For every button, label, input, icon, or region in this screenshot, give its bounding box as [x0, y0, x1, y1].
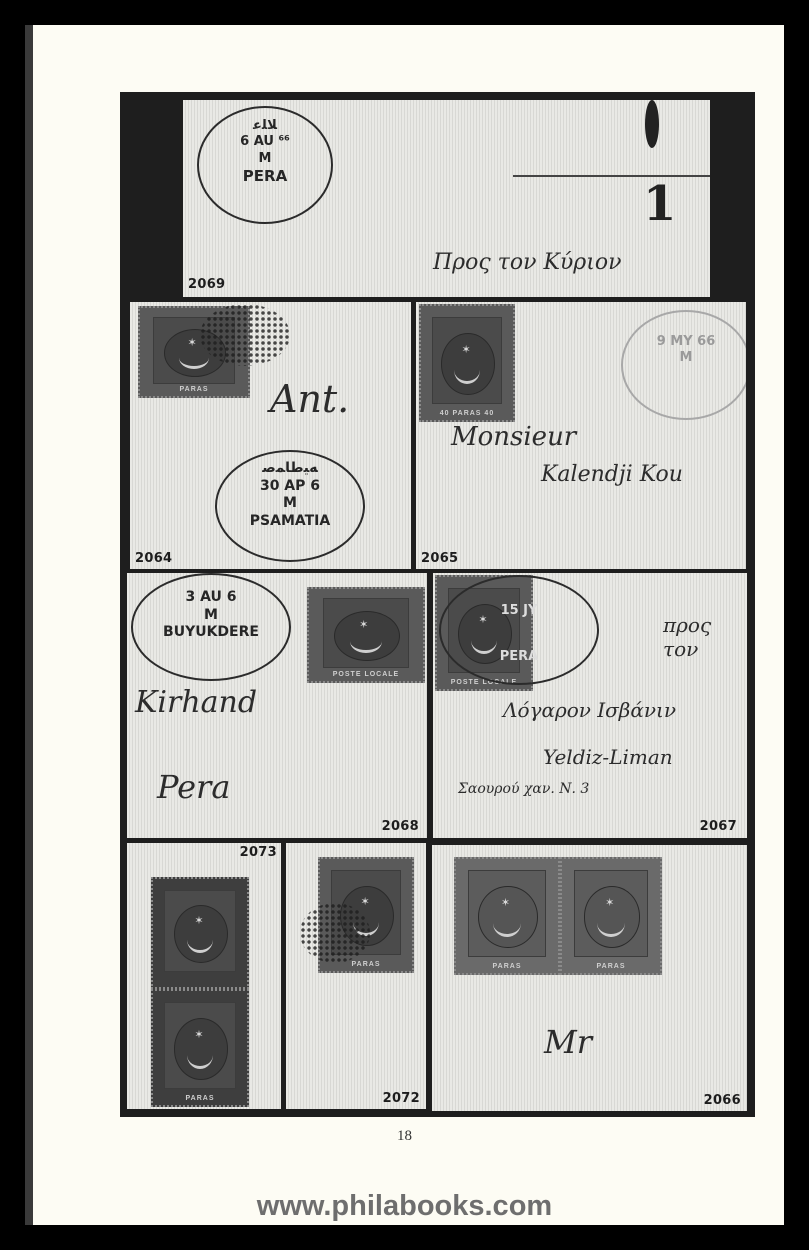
manuscript-ant: Ant.: [270, 377, 349, 421]
buyukdere-postmark: 3 AU 6 M BUYUKDERE: [131, 573, 291, 681]
address-line-2: Pera: [157, 768, 230, 806]
address-handwriting: Προς τον Κύριον: [433, 250, 621, 275]
address-line-1: Monsieur: [451, 422, 576, 452]
stamp-pair-bottom: ✶ PARAS: [151, 989, 249, 1107]
manuscript-address: Mr: [544, 1023, 592, 1061]
lot-2069-cover: ﻼﻠﻋ 6 AU ⁶⁶ M PERA 1 Προς τον Κύριον 206…: [183, 100, 710, 297]
lot-2068-cover: 3 AU 6 M BUYUKDERE ✶ POSTE LOCALE Kirhan…: [127, 573, 427, 838]
lot-number: 2066: [704, 1093, 741, 1108]
lot-number: 2064: [135, 551, 172, 566]
stamp-pair-top: ✶: [151, 877, 249, 989]
manuscript-rate-mark: [645, 100, 659, 148]
faint-postmark: 9 MY 66 M: [621, 310, 746, 420]
page-spine-shadow: [25, 25, 33, 1225]
address-line-4: Σαουρού χαν. Ν. 3: [458, 781, 589, 797]
lot-number: 2068: [382, 819, 419, 834]
dotted-cancel: [300, 903, 370, 963]
stamp-pair-left: ✶ PARAS: [454, 857, 560, 975]
stamp-pair-right: ✶ PARAS: [560, 857, 662, 975]
address-line-3: Yeldiz-Liman: [543, 745, 673, 769]
lot-number: 2069: [188, 277, 225, 292]
lot-2067-cover: ✶ POSTE LOCALE 15 JY PERA προς τον Λόγαρ…: [433, 573, 747, 838]
manuscript-numeral: 1: [643, 180, 676, 228]
address-line-1: Kirhand: [135, 685, 257, 720]
lot-2066-cover: ✶ PARAS ✶ PARAS Mr 2066: [432, 845, 747, 1111]
lot-number: 2072: [383, 1091, 420, 1106]
address-line-1: προς τον: [663, 613, 747, 661]
lot-2073-cover: ✶ ✶ PARAS 2073: [127, 843, 281, 1109]
manuscript-line: [513, 175, 710, 177]
address-line-2: Kalendji Kou: [541, 462, 683, 487]
psamatia-postmark: ﻪﻴﻃﺎﻤﺻ 30 AP 6 M PSAMATIA: [215, 450, 365, 562]
watermark-url: www.philabooks.com: [0, 1190, 809, 1223]
lot-number: 2065: [421, 551, 458, 566]
stamp-poste-locale: ✶ POSTE LOCALE: [307, 587, 425, 683]
lot-number: 2073: [240, 845, 277, 860]
lot-number: 2067: [700, 819, 737, 834]
pera-postmark: ﻼﻠﻋ 6 AU ⁶⁶ M PERA: [197, 106, 333, 224]
stamp-40-paras: ✶ 40 PARAS 40: [419, 304, 515, 422]
lot-2072-cover: ✶ PARAS 2072: [286, 843, 426, 1109]
address-line-2: Λόγαρον Ισβάνιν: [503, 698, 676, 722]
dotted-cancel: [200, 304, 290, 366]
lot-2065-cover: ✶ 40 PARAS 40 9 MY 66 M Monsieur Kalendj…: [416, 302, 746, 569]
pera-postmark: 15 JY PERA: [439, 575, 599, 685]
page-number: 18: [0, 1128, 809, 1145]
lot-2064-cover: ✶ PARAS Ant. ﻪﻴﻃﺎﻤﺻ 30 AP 6 M PSAMATIA 2…: [130, 302, 411, 569]
